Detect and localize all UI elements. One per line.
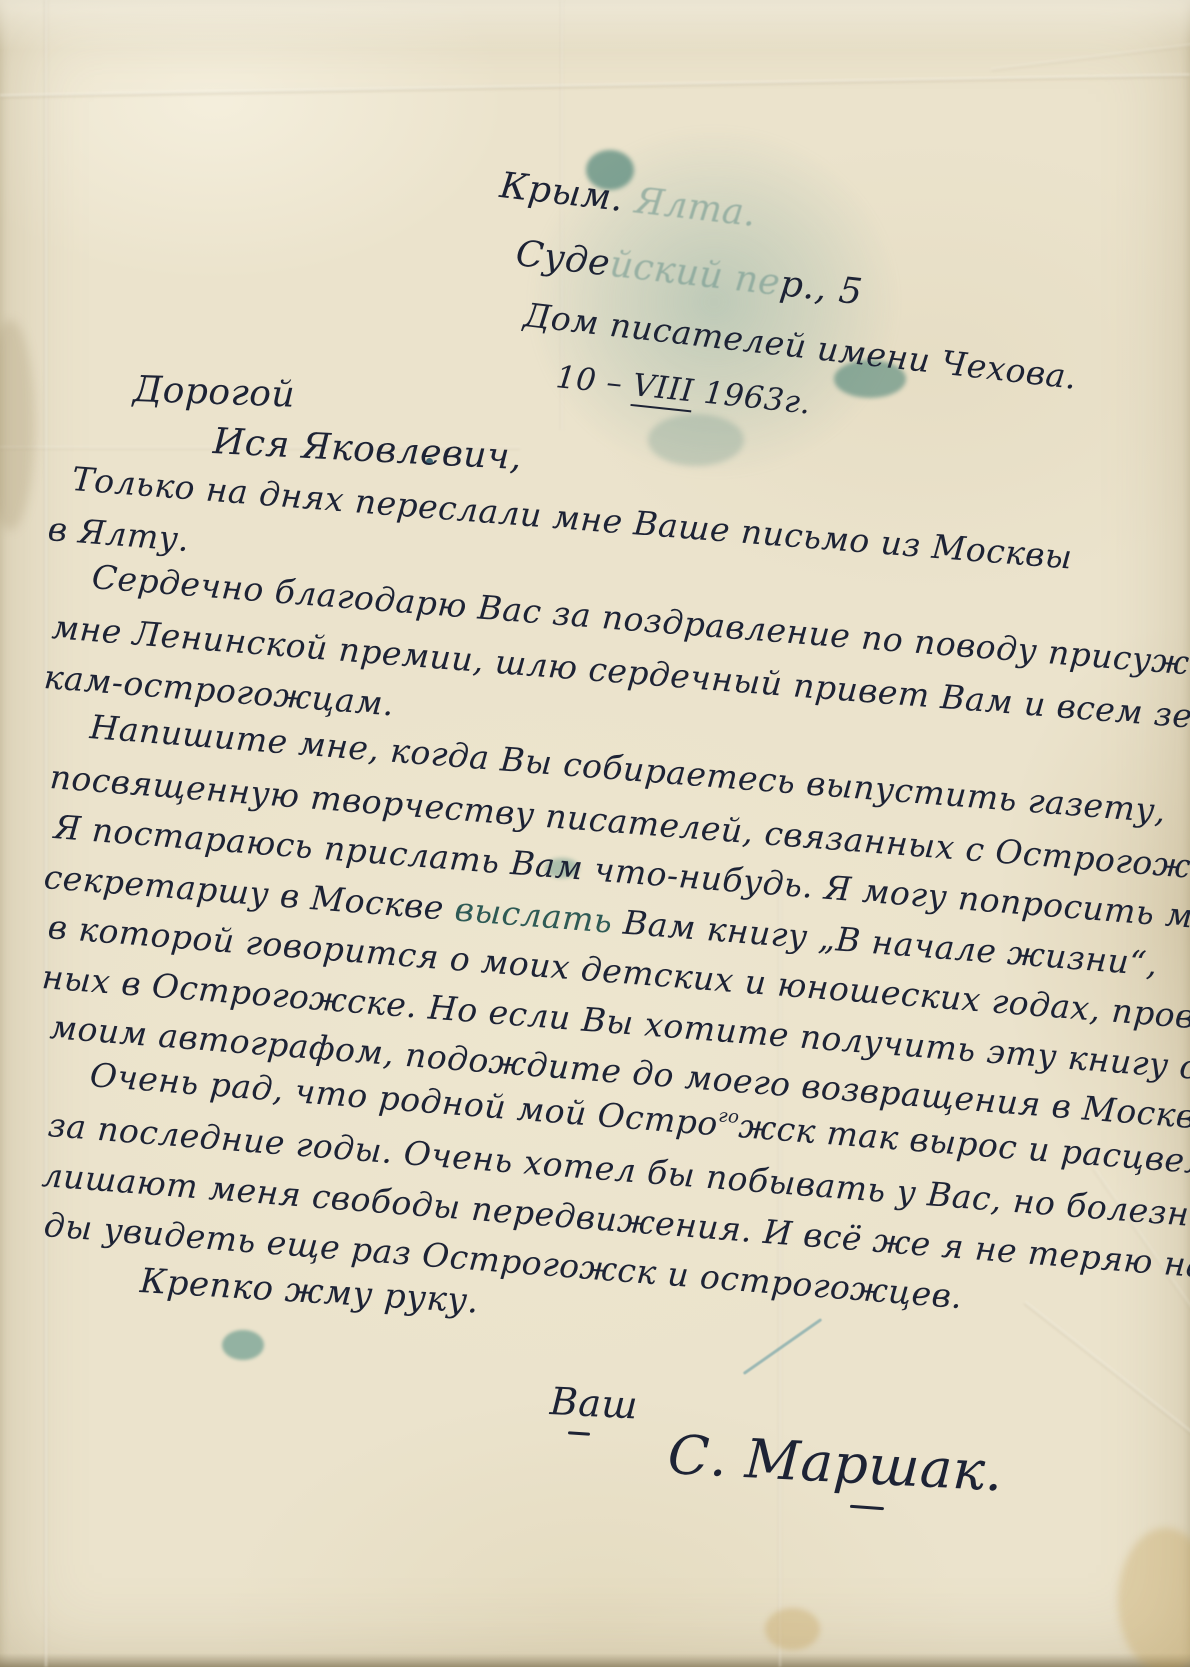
signature-name-underline-dash	[850, 1505, 884, 1510]
header-street-end: р., 5	[778, 263, 865, 313]
crease-diagonal-bottom-right-1	[1023, 1301, 1190, 1563]
salutation-greeting: Дорогой	[132, 372, 295, 414]
p4-l1-inserted-correction: го	[718, 1105, 741, 1128]
date-day: 10 –	[554, 359, 634, 403]
salutation-addressee: Ися Яковлевич,	[212, 424, 523, 476]
crease-vertical-left	[44, 0, 48, 1667]
ink-squiggle-teal	[743, 1318, 823, 1375]
ink-blot-spot-3	[648, 414, 744, 466]
crease-diagonal-top-right	[991, 36, 1190, 72]
letter-paper: Крым. Ялта. Судейский пер., 5 Дом писате…	[0, 0, 1190, 1667]
date-month-roman: VIII	[631, 367, 696, 412]
header-street-smudged: йский пе	[608, 244, 783, 304]
ink-stain-small-1	[222, 1330, 264, 1360]
header-street-start: Суде	[514, 233, 613, 284]
body-line-p1-2: в Ялту.	[47, 512, 191, 556]
signature-pre-underline-dash	[568, 1431, 590, 1436]
header-region-text: Крым.	[498, 165, 638, 221]
yellow-stain-bottom	[765, 1608, 820, 1650]
paper-top-highlight	[0, 0, 1190, 50]
body-line-p1-1: Только на днях переслали мне Ваше письмо…	[71, 462, 1074, 574]
date-year: 1963г.	[692, 374, 813, 422]
left-edge-stain	[0, 320, 35, 530]
header-region-smudged-text: Ялта.	[633, 181, 758, 235]
header-region-line: Крым. Ялта.	[498, 168, 758, 233]
yellow-stain-corner	[1118, 1528, 1190, 1667]
p3-l4-smudged-word: выслать	[453, 889, 614, 940]
paper-bottom-shadow	[0, 1653, 1190, 1667]
crease-horizontal-top	[0, 74, 1190, 99]
signature-name: С. Маршак.	[667, 1428, 1005, 1499]
signature-pre: Ваш	[549, 1382, 639, 1425]
header-date-line: 10 – VIII 1963г.	[554, 362, 812, 420]
